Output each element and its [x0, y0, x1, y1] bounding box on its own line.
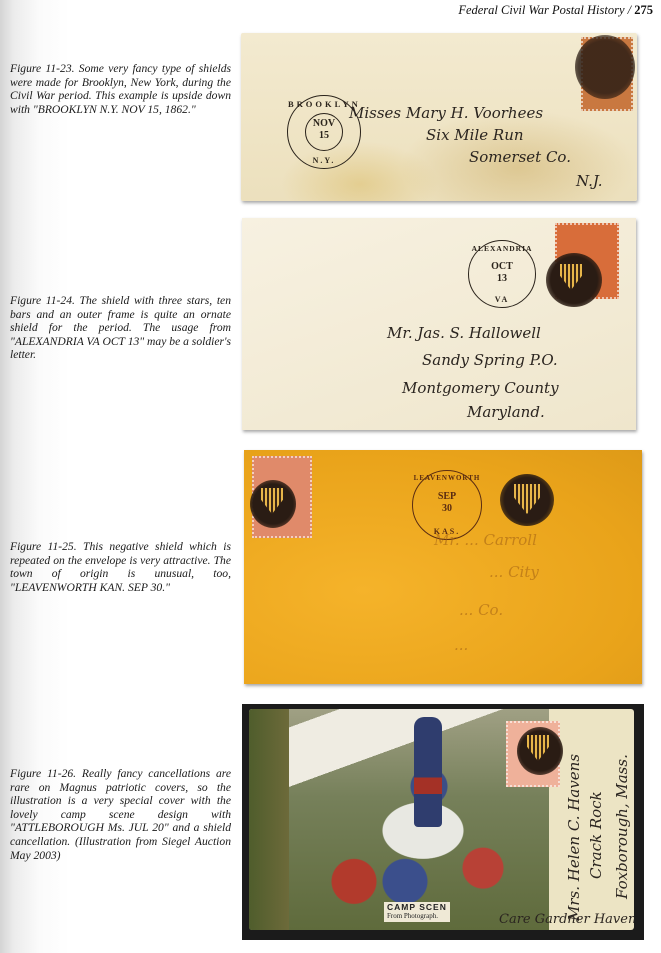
- postmark-town: ALEXANDRIA: [469, 244, 535, 253]
- caption-figure-11-23: Figure 11-23. Some very fancy type of sh…: [10, 62, 231, 116]
- envelope-figure-11-25: LEAVENWORTH SEP 30 KAS. Mr. ... Carroll …: [244, 450, 642, 684]
- address-line: Foxborough, Mass.: [612, 754, 633, 899]
- address-line: ... City: [489, 562, 539, 583]
- postmark-alexandria: ALEXANDRIA OCT 13 VA: [468, 240, 536, 308]
- postmark-month: OCT: [469, 261, 535, 272]
- postmark-state: N.Y.: [288, 156, 360, 165]
- envelope-figure-11-24: ALEXANDRIA OCT 13 VA Mr. Jas. S. Hallowe…: [242, 218, 636, 430]
- address-line: Somerset Co.: [469, 147, 571, 168]
- address-line: Mrs. Helen C. Havens: [564, 754, 585, 921]
- postmark-state: VA: [469, 295, 535, 304]
- officer-on-horse: [414, 717, 442, 827]
- address-line: Crack Rock: [586, 791, 607, 879]
- address-line: ... Co.: [459, 600, 503, 621]
- postmark-month: SEP: [413, 491, 481, 502]
- postmark-day: 15: [288, 130, 360, 141]
- address-line: ...: [454, 635, 468, 656]
- envelope-figure-11-23: BROOKLYN NOV 15 N.Y. Misses Mary H. Voor…: [241, 33, 637, 201]
- caption-figure-11-26: Figure 11-26. Really fancy cancellations…: [10, 767, 231, 862]
- caption-figure-11-25: Figure 11-25. This negative shield which…: [10, 540, 231, 594]
- page-number: 275: [634, 3, 653, 17]
- illustration-label: CAMP SCEN From Photograph.: [384, 902, 450, 922]
- address-line: Misses Mary H. Voorhees: [349, 103, 543, 124]
- caption-figure-11-24: Figure 11-24. The shield with three star…: [10, 294, 231, 362]
- address-line: Montgomery County: [402, 378, 559, 399]
- envelope-figure-11-26: CAMP SCEN From Photograph. Mrs. Helen C.…: [242, 704, 644, 940]
- address-line: Care Gardner Havens: [499, 909, 634, 930]
- address-line: Mr. Jas. S. Hallowell: [387, 323, 541, 344]
- fancy-shield-cancel: [575, 35, 635, 99]
- postmark-day: 13: [469, 273, 535, 284]
- camp-scene-illustration: CAMP SCEN From Photograph.: [249, 709, 549, 930]
- running-head: Federal Civil War Postal History / 275: [458, 3, 653, 18]
- postmark-day: 30: [413, 503, 481, 514]
- address-line: Six Mile Run: [426, 125, 524, 146]
- address-line: Sandy Spring P.O.: [422, 350, 558, 371]
- address-line: Mr. ... Carroll: [434, 530, 537, 551]
- postmark-town: LEAVENWORTH: [413, 474, 481, 482]
- address-line: N.J.: [576, 171, 603, 192]
- running-head-title: Federal Civil War Postal History /: [458, 3, 631, 17]
- address-line: Maryland.: [467, 402, 545, 423]
